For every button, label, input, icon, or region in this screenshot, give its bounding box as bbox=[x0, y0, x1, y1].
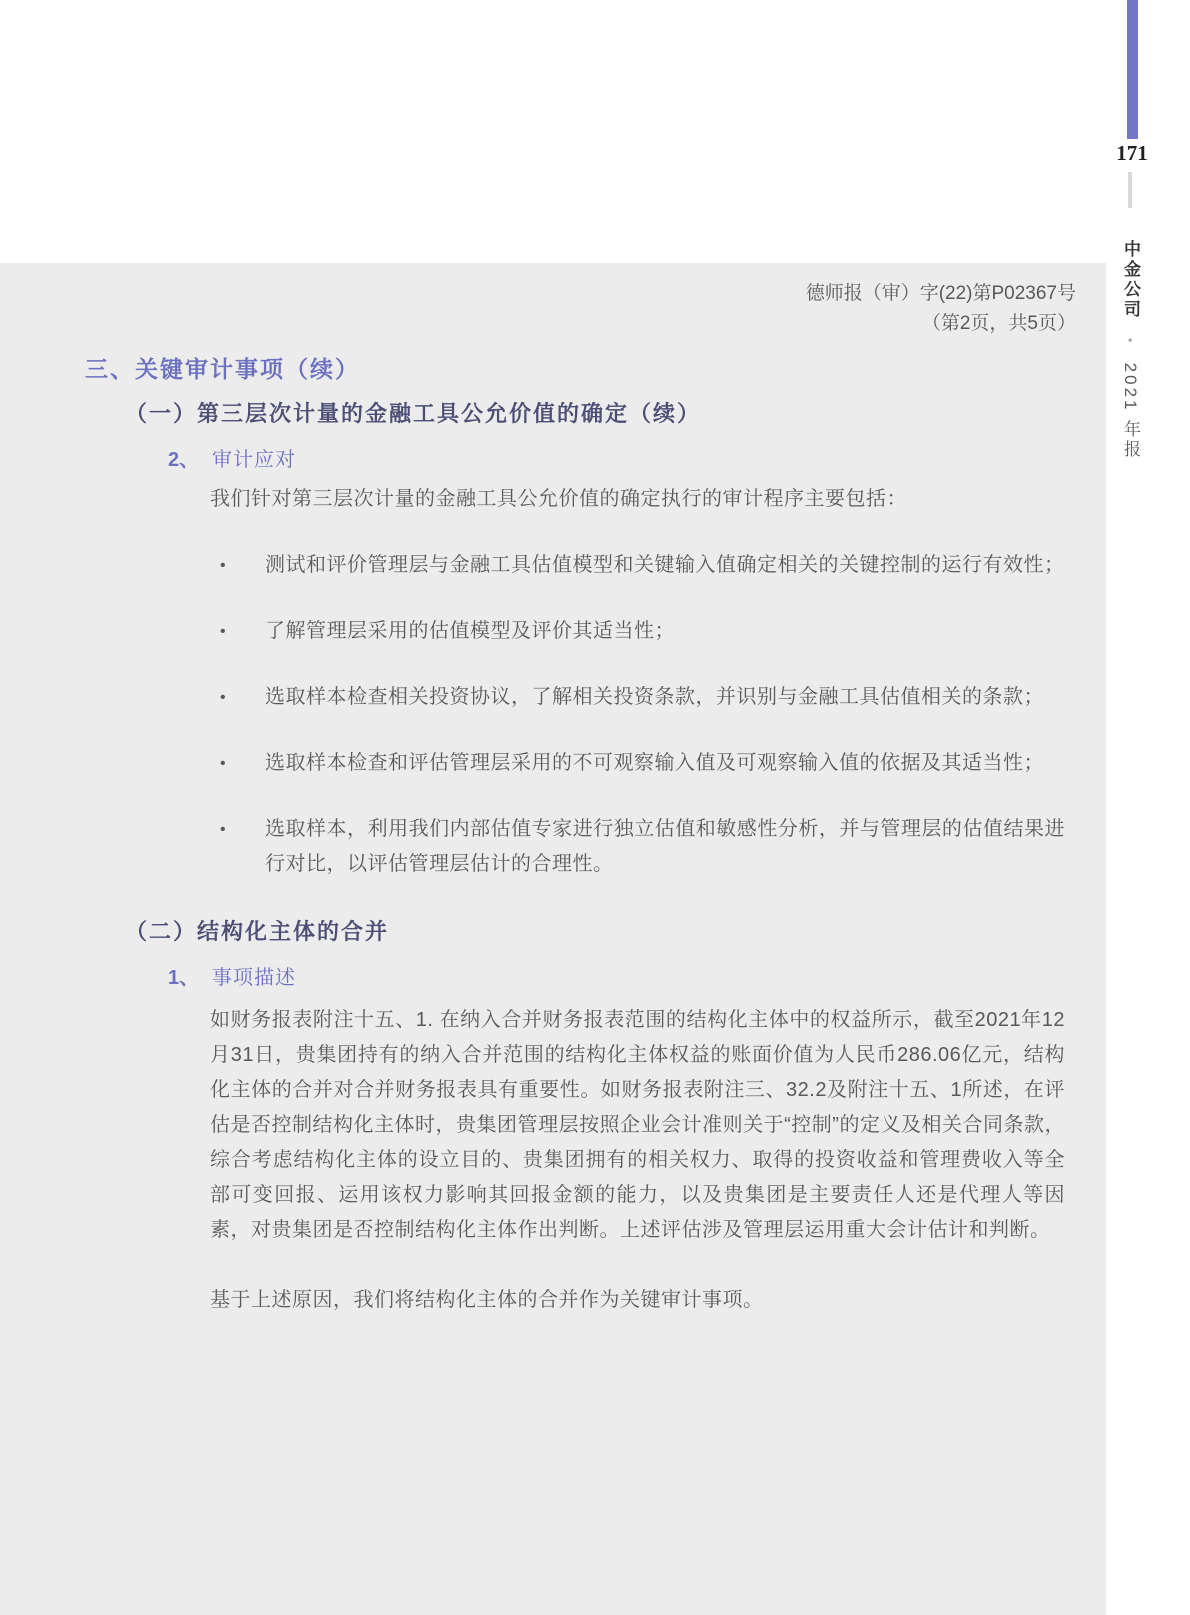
bullet-text: 了解管理层采用的估值模型及评价其适当性； bbox=[265, 614, 1065, 649]
bullet-icon: • bbox=[210, 614, 265, 649]
doc-reference-number: 德师报（审）字(22)第P02367号 bbox=[0, 279, 1076, 309]
document-header: 德师报（审）字(22)第P02367号 （第2页，共5页） bbox=[0, 279, 1106, 339]
matter-description-paragraph: 如财务报表附注十五、1. 在纳入合并财务报表范围的结构化主体中的权益所示，截至2… bbox=[210, 1003, 1065, 1248]
item-title: 事项描述 bbox=[212, 967, 296, 990]
report-year-vertical: 2021 年报 bbox=[1121, 363, 1140, 461]
item-heading-audit-response: 2、 审计应对 bbox=[168, 449, 1106, 472]
item-heading-matter-description: 1、 事项描述 bbox=[168, 967, 1106, 990]
side-running-title: 中金公司 • 2021 年报 bbox=[1118, 240, 1143, 540]
doc-page-info: （第2页，共5页） bbox=[0, 309, 1076, 339]
list-item: • 测试和评价管理层与金融工具估值模型和关键输入值确定相关的关键控制的运行有效性… bbox=[210, 548, 1065, 583]
list-item: • 选取样本，利用我们内部估值专家进行独立估值和敏感性分析，并与管理层的估值结果… bbox=[210, 812, 1065, 882]
item-title: 审计应对 bbox=[212, 449, 296, 472]
bullet-text: 选取样本检查相关投资协议，了解相关投资条款，并识别与金融工具估值相关的条款； bbox=[265, 680, 1065, 715]
list-item: • 选取样本检查相关投资协议，了解相关投资条款，并识别与金融工具估值相关的条款； bbox=[210, 680, 1065, 715]
document-page-panel: 德师报（审）字(22)第P02367号 （第2页，共5页） 三、关键审计事项（续… bbox=[0, 263, 1106, 1615]
bullet-icon: • bbox=[210, 680, 265, 715]
list-item: • 选取样本检查和评估管理层采用的不可观察输入值及可观察输入值的依据及其适当性； bbox=[210, 746, 1065, 781]
audit-procedures-intro: 我们针对第三层次计量的金融工具公允价值的确定执行的审计程序主要包括： bbox=[210, 482, 1065, 517]
list-item: • 了解管理层采用的估值模型及评价其适当性； bbox=[210, 614, 1065, 649]
item-number: 1、 bbox=[168, 967, 212, 990]
bullet-icon: • bbox=[210, 812, 265, 882]
bullet-icon: • bbox=[210, 746, 265, 781]
subsection-heading-fair-value: （一）第三层次计量的金融工具公允价值的确定（续） bbox=[125, 401, 1106, 426]
separator-dot-icon: • bbox=[1123, 338, 1137, 345]
subsection-heading-structured-entities: （二）结构化主体的合并 bbox=[125, 919, 1106, 944]
bullet-text: 选取样本检查和评估管理层采用的不可观察输入值及可观察输入值的依据及其适当性； bbox=[265, 746, 1065, 781]
item-number: 2、 bbox=[168, 449, 212, 472]
page-edge-accent-bar bbox=[1127, 0, 1138, 139]
page-number-tick bbox=[1128, 172, 1132, 208]
page-number: 171 bbox=[1108, 141, 1156, 166]
conclusion-paragraph: 基于上述原因，我们将结构化主体的合并作为关键审计事项。 bbox=[210, 1283, 1065, 1318]
bullet-icon: • bbox=[210, 548, 265, 583]
bullet-text: 选取样本，利用我们内部估值专家进行独立估值和敏感性分析，并与管理层的估值结果进行… bbox=[265, 812, 1065, 882]
section-heading-key-audit-matters: 三、关键审计事项（续） bbox=[85, 356, 1106, 382]
company-name-vertical: 中金公司 bbox=[1121, 240, 1140, 320]
bullet-text: 测试和评价管理层与金融工具估值模型和关键输入值确定相关的关键控制的运行有效性； bbox=[265, 548, 1065, 583]
